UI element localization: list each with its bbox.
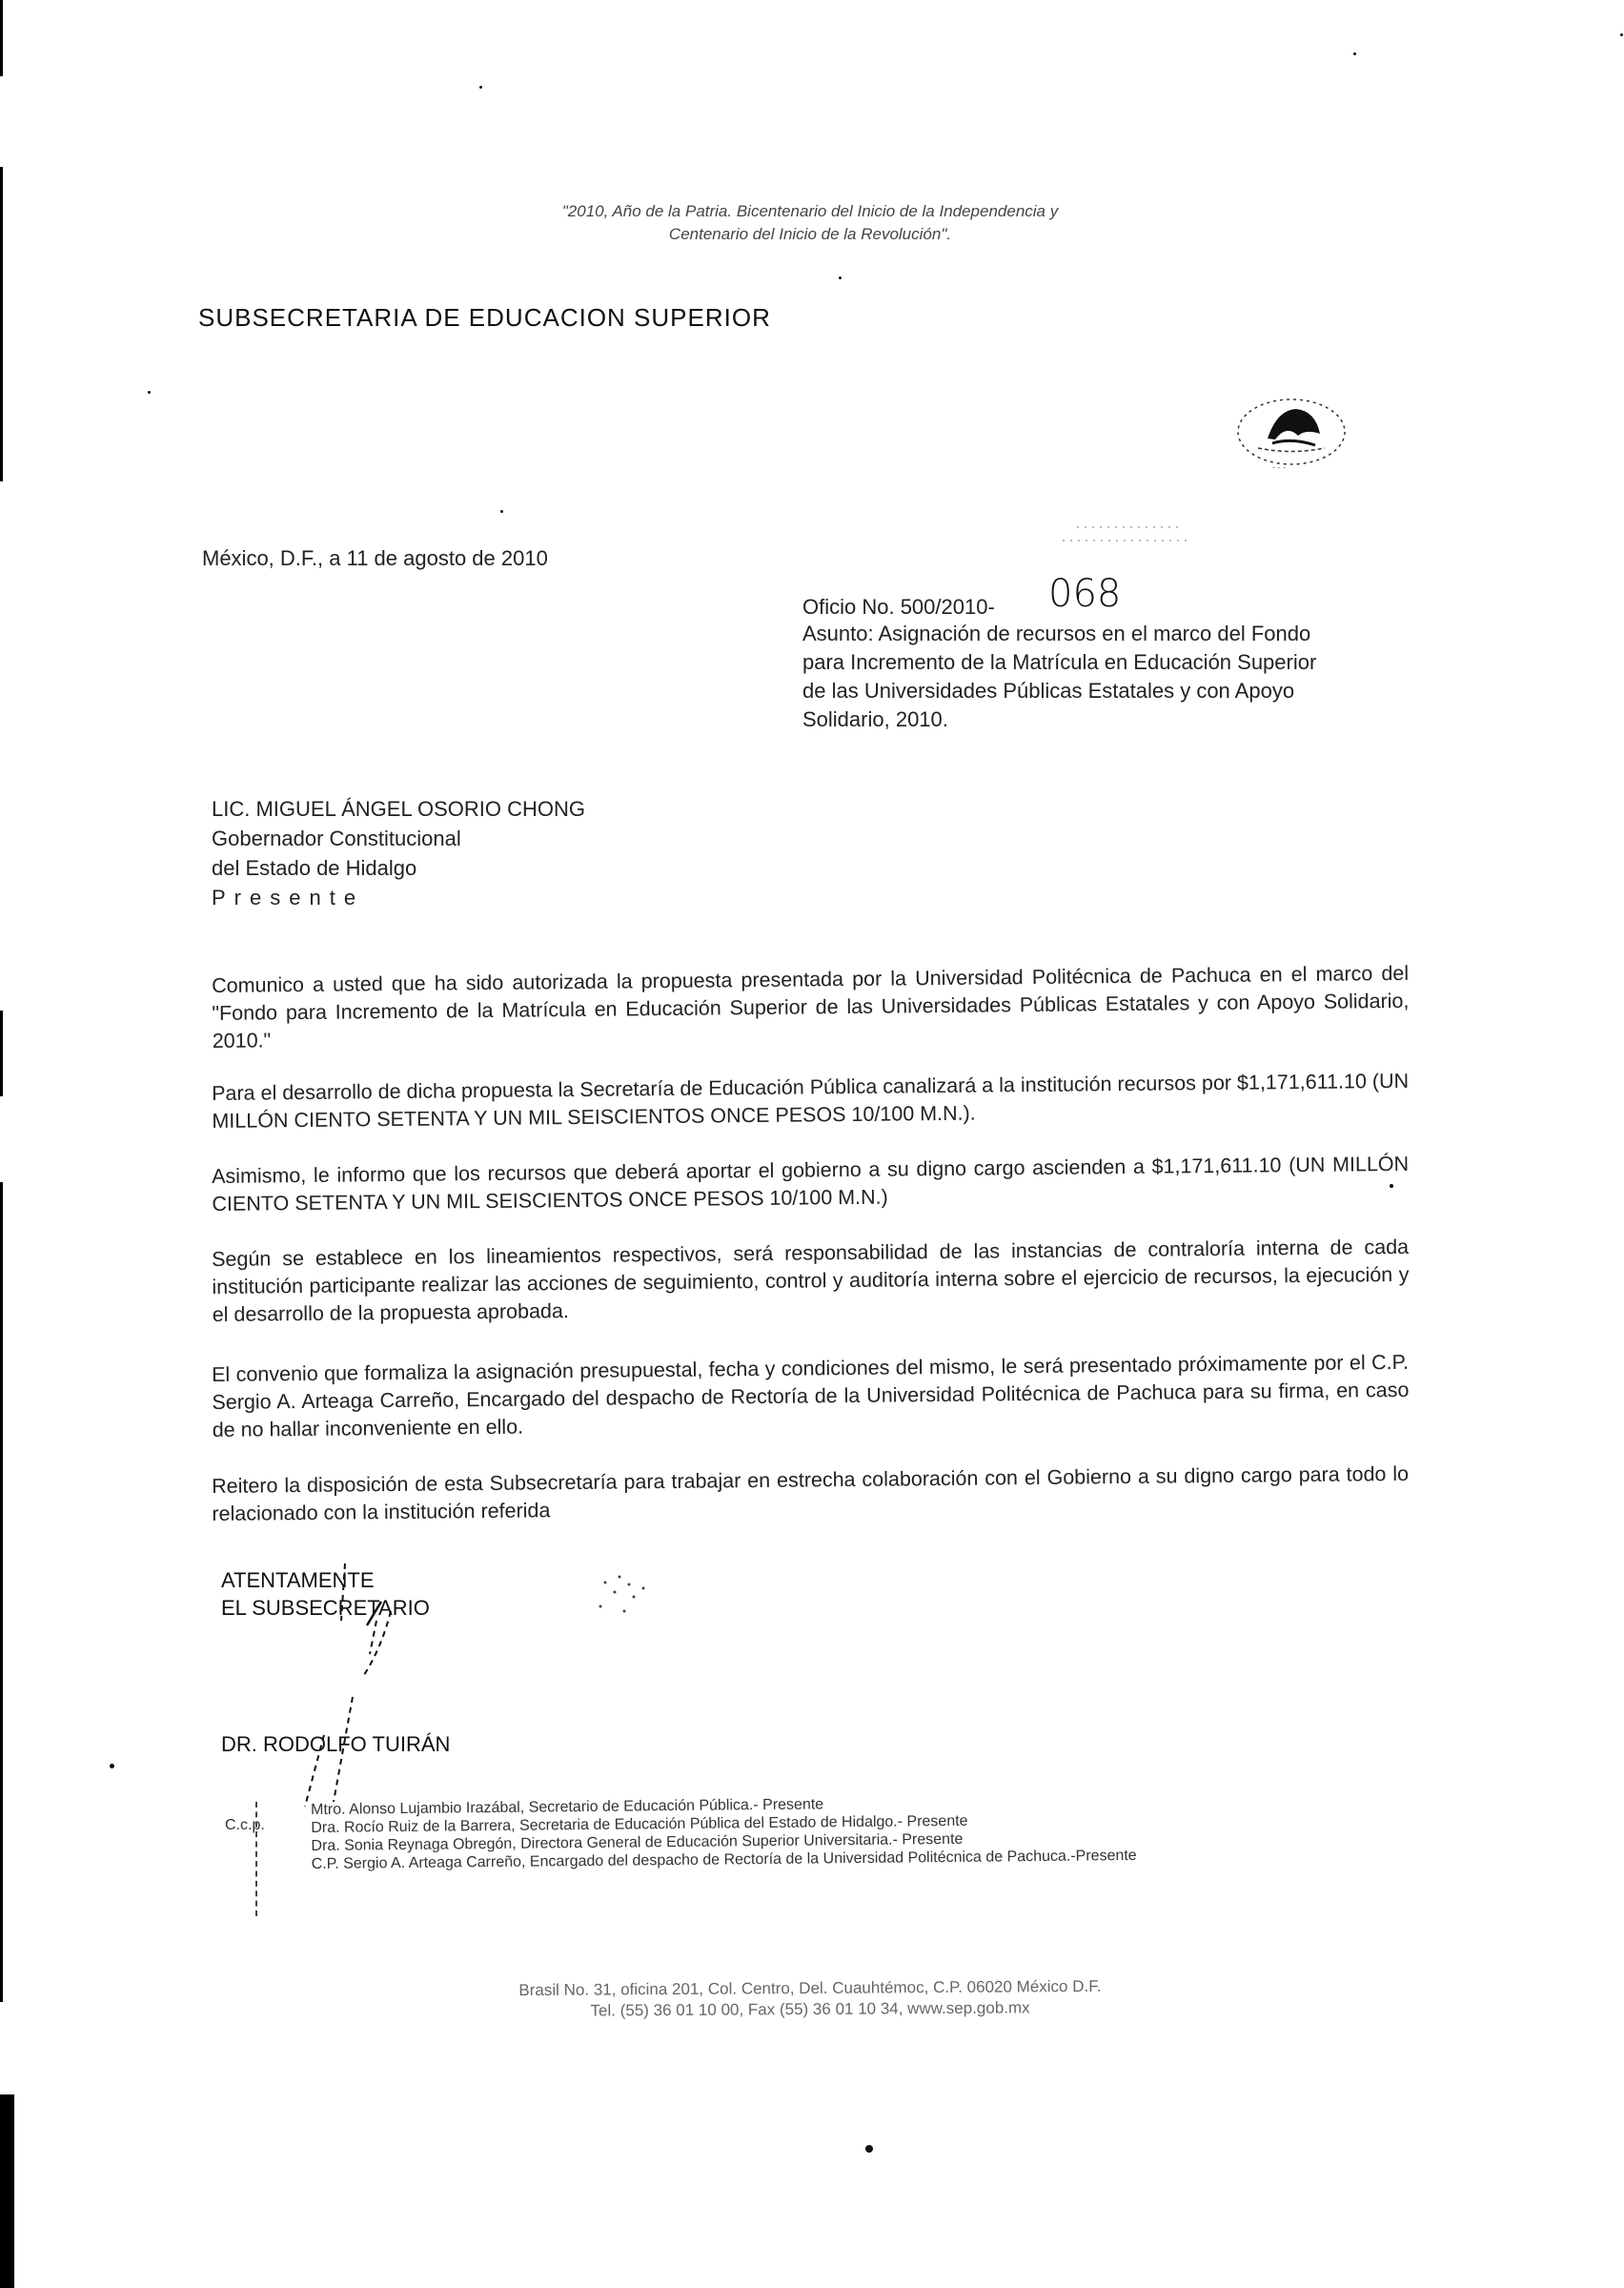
- ccp-list: Mtro. Alonso Lujambio Irazábal, Secretar…: [311, 1792, 1137, 1873]
- addressee-entity: del Estado de Hidalgo: [212, 853, 585, 883]
- body-paragraph-federal-funds: Para el desarrollo de dicha propuesta la…: [212, 1068, 1410, 1135]
- motto-line-1: "2010, Año de la Patria. Bicentenario de…: [496, 200, 1125, 223]
- oficio-handwritten-number: 068: [1048, 572, 1121, 616]
- scan-speck: [839, 276, 842, 279]
- body-paragraph-closing: Reitero la disposición de esta Subsecret…: [212, 1461, 1410, 1528]
- reference-block: Oficio No. 500/2010- 068 Asunto: Asignac…: [802, 572, 1316, 734]
- place-and-date: México, D.F., a 11 de agosto de 2010: [202, 546, 548, 571]
- ccp-bracket: [255, 1802, 261, 1916]
- svg-text:· · ·: · · ·: [1272, 462, 1286, 472]
- official-year-motto: "2010, Año de la Patria. Bicentenario de…: [496, 200, 1125, 246]
- oficio-number-label: Oficio No. 500/2010-: [802, 593, 995, 622]
- scan-speck: [148, 391, 151, 394]
- body-paragraph-agreement: El convenio que formaliza la asignación …: [212, 1349, 1410, 1444]
- scan-speck: [110, 1764, 114, 1768]
- addressee-title: Gobernador Constitucional: [212, 824, 585, 853]
- addressee-presente: Presente: [212, 883, 585, 912]
- scanned-letter-page: "2010, Año de la Patria. Bicentenario de…: [0, 0, 1624, 2288]
- faint-stamp-mark: [577, 1563, 672, 1630]
- handwritten-signature: [286, 1563, 438, 1811]
- asunto-line: Solidario, 2010.: [802, 705, 1316, 734]
- scan-speck: [479, 86, 482, 89]
- footer-address: Brasil No. 31, oficina 201, Col. Centro,…: [419, 1975, 1201, 2023]
- scan-speck: [1620, 33, 1623, 36]
- asunto-line: de las Universidades Públicas Estatales …: [802, 677, 1316, 705]
- motto-line-2: Centenario del Inicio de la Revolución".: [496, 223, 1125, 246]
- signer-name: DR. RODOLFO TUIRÁN: [221, 1730, 450, 1758]
- addressee-block: LIC. MIGUEL ÁNGEL OSORIO CHONG Gobernado…: [212, 794, 585, 912]
- office-header: SUBSECRETARIA DE EDUCACION SUPERIOR: [198, 303, 771, 333]
- asunto-line: para Incremento de la Matrícula en Educa…: [802, 648, 1316, 677]
- scan-edge-artifact: [0, 1182, 3, 2002]
- asunto-block: Asunto: Asignación de recursos en el mar…: [802, 620, 1316, 734]
- body-paragraph-authorization: Comunico a usted que ha sido autorizada …: [212, 960, 1410, 1055]
- addressee-name: LIC. MIGUEL ÁNGEL OSORIO CHONG: [212, 794, 585, 824]
- scan-edge-shadow: [0, 2094, 14, 2288]
- body-paragraph-oversight: Según se establece en los lineamientos r…: [212, 1234, 1410, 1329]
- scan-edge-artifact: [0, 0, 3, 76]
- scan-speck: [500, 510, 503, 513]
- asunto-line: Asunto: Asignación de recursos en el mar…: [802, 620, 1316, 648]
- body-paragraph-state-funds: Asimismo, le informo que los recursos qu…: [212, 1151, 1410, 1218]
- faint-received-stamp: [1058, 520, 1191, 548]
- scan-speck: [865, 2145, 873, 2153]
- scan-edge-artifact: [0, 167, 3, 481]
- scan-edge-artifact: [0, 1011, 3, 1096]
- national-coat-of-arms-seal-icon: · · ·: [1229, 396, 1353, 481]
- scan-speck: [1353, 52, 1356, 55]
